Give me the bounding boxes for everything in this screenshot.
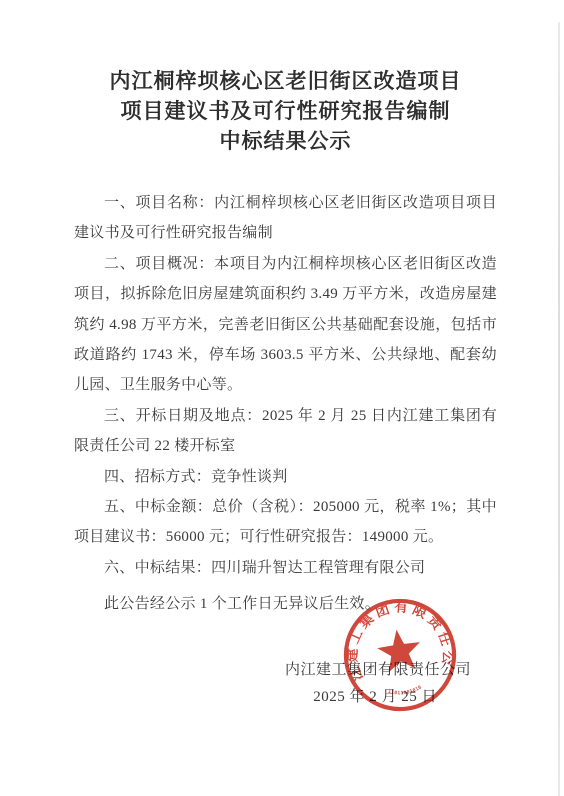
title-line-3: 中标结果公示 — [74, 126, 497, 156]
paragraph-project-overview: 二、项目概况：本项目为内江桐梓坝核心区老旧街区改造项目，拟拆除危旧房屋建筑面积约… — [74, 249, 497, 401]
document-body: 一、项目名称：内江桐梓坝核心区老旧街区改造项目项目建议书及可行性研究报告编制 二… — [74, 188, 497, 620]
paragraph-bid-opening: 三、开标日期及地点：2025 年 2 月 25 日内江建工集团有限责任公司 22… — [74, 401, 497, 462]
paragraph-bid-amount: 五、中标金额：总价（含税）：205000 元，税率 1%；其中项目建议书：560… — [74, 492, 497, 553]
signature-date: 2025 年 2 月 25 日 — [74, 684, 497, 711]
closing-note: 此公告经公示 1 个工作日无异议后生效。 — [74, 589, 497, 619]
signature-company: 内江建工集团有限责任公司 — [74, 657, 497, 684]
title-line-1: 内江桐梓坝核心区老旧街区改造项目 — [74, 66, 497, 96]
paragraph-tender-method: 四、招标方式：竞争性谈判 — [74, 462, 497, 492]
paragraph-bid-result: 六、中标结果：四川瑞升智达工程管理有限公司 — [74, 553, 497, 583]
signature-block: 内江建工集团有限责任公司 2025 年 2 月 25 日 — [74, 657, 497, 711]
document-title: 内江桐梓坝核心区老旧街区改造项目 项目建议书及可行性研究报告编制 中标结果公示 — [74, 0, 497, 156]
paragraph-project-name: 一、项目名称：内江桐梓坝核心区老旧街区改造项目项目建议书及可行性研究报告编制 — [74, 188, 497, 249]
scan-edge-line — [558, 22, 560, 796]
title-line-2: 项目建议书及可行性研究报告编制 — [74, 96, 497, 126]
document-page: 内江桐梓坝核心区老旧街区改造项目 项目建议书及可行性研究报告编制 中标结果公示 … — [0, 0, 564, 796]
